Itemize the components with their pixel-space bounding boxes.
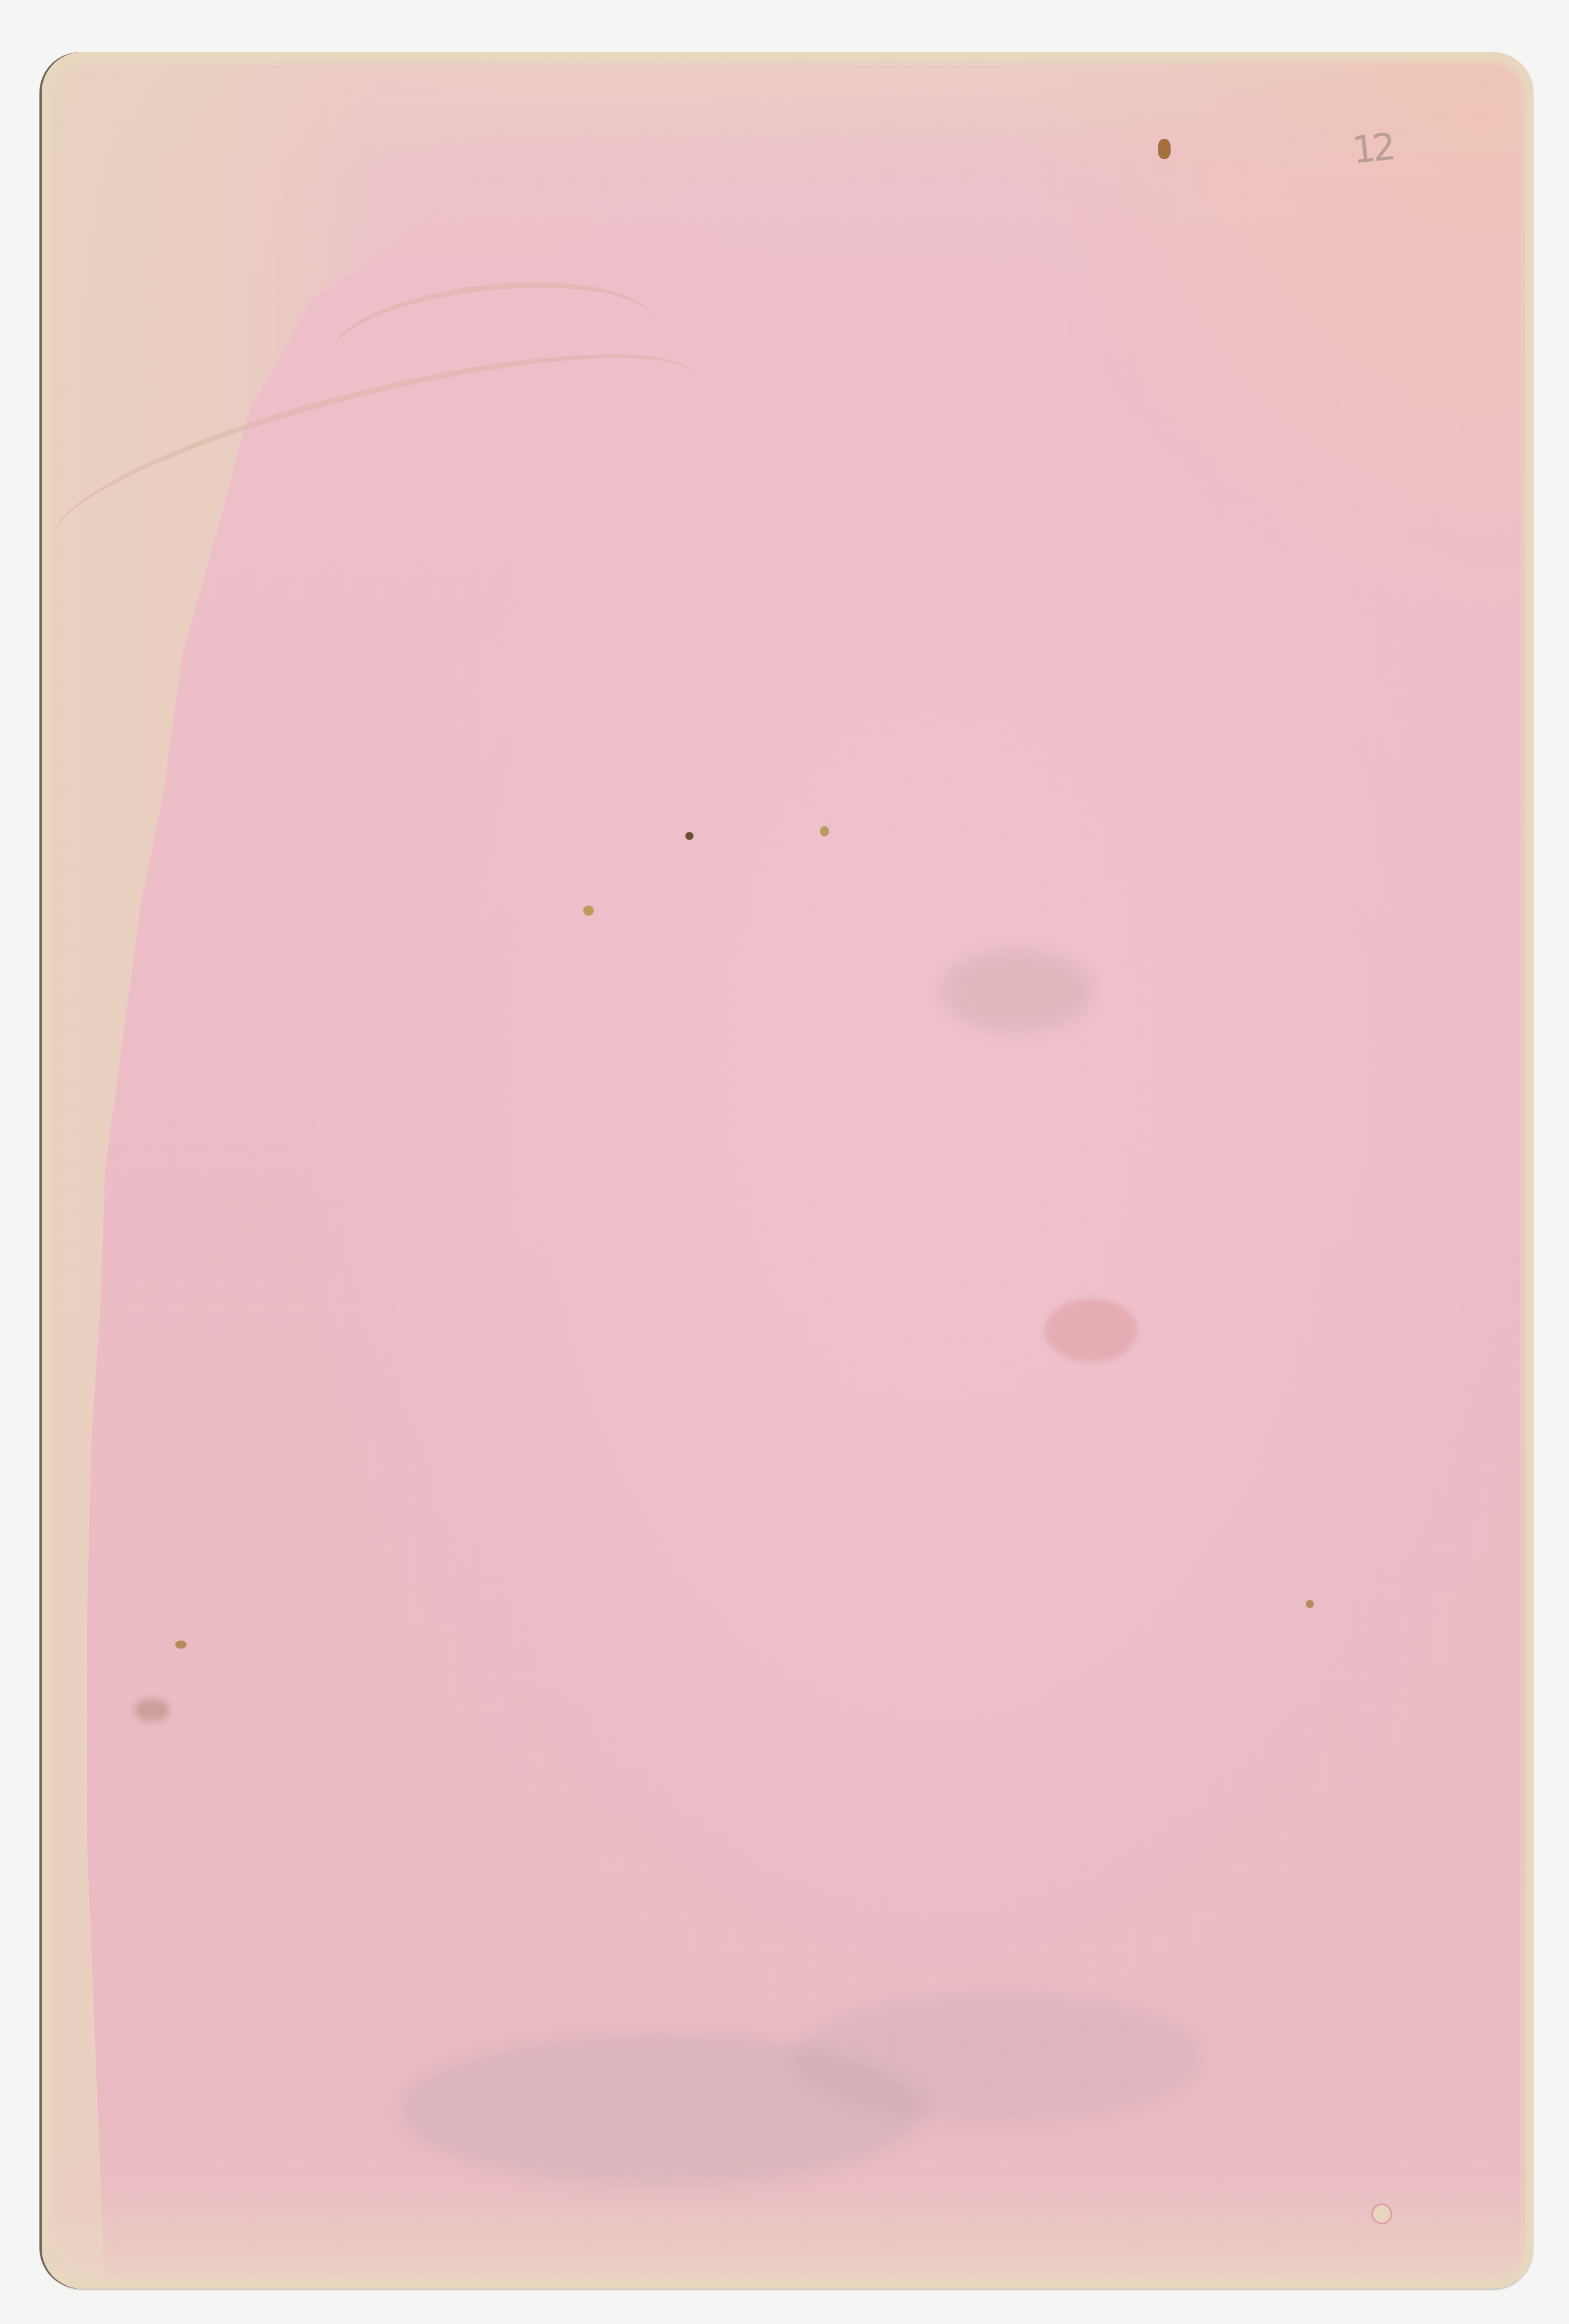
foxing-spot [1373, 2205, 1390, 2223]
pencil-mark: 12 [1350, 126, 1394, 173]
foxing-spot [583, 905, 594, 916]
foxing-spot [135, 1699, 169, 1722]
foxing-spot [1158, 139, 1171, 159]
gray-smudge [796, 1994, 1201, 2122]
cabinet-card-back: 12 [42, 52, 1533, 2289]
pink-blot [1045, 1299, 1138, 1362]
foxing-spot [820, 826, 829, 837]
foxing-spot [175, 1641, 187, 1649]
gray-smudge [940, 951, 1091, 1032]
foxing-spot [685, 832, 693, 840]
foxing-spot [1306, 1600, 1314, 1608]
discoloration-top-right [1011, 52, 1533, 632]
